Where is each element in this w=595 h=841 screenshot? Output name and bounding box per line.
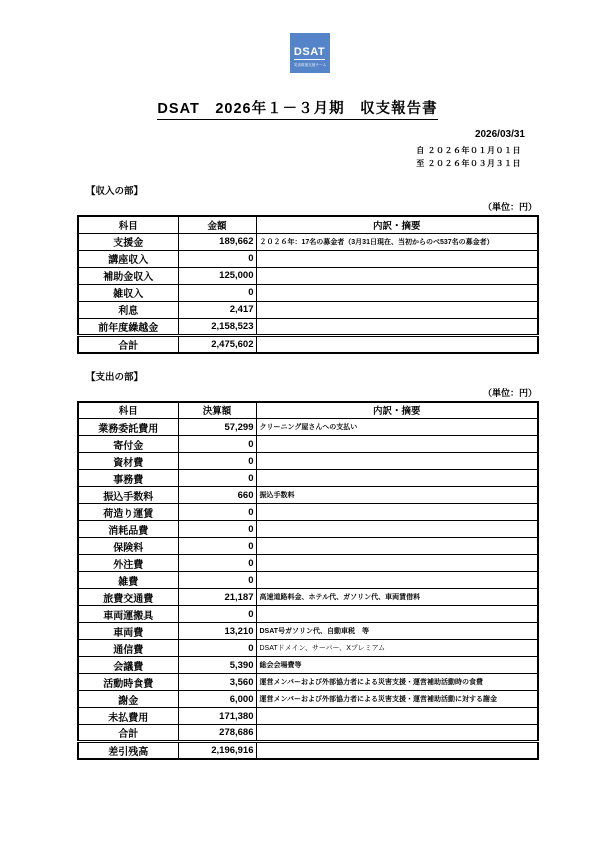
detail-cell (256, 250, 538, 267)
amount-cell: 0 (178, 572, 256, 589)
item-cell: 荷造り運賃 (78, 504, 178, 521)
detail-cell: DSAT号ガソリン代、自動車税 等 (256, 623, 538, 640)
table-row: 資材費0 (78, 453, 538, 470)
amount-cell: 0 (178, 284, 256, 301)
amount-cell: 3,560 (178, 674, 256, 691)
detail-cell: ２０２６年：17名の募金者（3月31日現在、当初からのべ537名の募金者） (256, 233, 538, 250)
table-row: 旅費交通費21,187高速道路料金、ホテル代、ガソリン代、車両賃借料 (78, 589, 538, 606)
income-section-label: 【収入の部】 (86, 183, 595, 197)
amount-cell: 125,000 (178, 267, 256, 284)
detail-cell: 振込手数料 (256, 487, 538, 504)
amount-cell: 2,158,523 (178, 318, 256, 335)
table-row: 未払費用171,380 (78, 708, 538, 725)
report-page: DSAT 災害救援支援チーム DSAT 2026年１－３月期 収支報告書 202… (0, 0, 595, 841)
table-row: 会議費5,390総会会場費等 (78, 657, 538, 674)
item-cell: 振込手数料 (78, 487, 178, 504)
item-cell: 外注費 (78, 555, 178, 572)
item-cell: 謝金 (78, 691, 178, 708)
table-row: 振込手数料660振込手数料 (78, 487, 538, 504)
amount-cell: 0 (178, 555, 256, 572)
amount-cell: 0 (178, 521, 256, 538)
table-row: 荷造り運賃0 (78, 504, 538, 521)
detail-cell (256, 606, 538, 623)
amount-cell: 0 (178, 606, 256, 623)
amount-cell: 5,390 (178, 657, 256, 674)
detail-cell (256, 555, 538, 572)
income-table: 科目金額内訳・摘要支援金189,662２０２６年：17名の募金者（3月31日現在… (77, 215, 539, 354)
detail-cell: 運営メンバーおよび外部協力者による災害支援・運営補助活動に対する謝金 (256, 691, 538, 708)
detail-cell (256, 572, 538, 589)
detail-cell: 高速道路料金、ホテル代、ガソリン代、車両賃借料 (256, 589, 538, 606)
item-cell: 通信費 (78, 640, 178, 657)
amount-cell: 2,417 (178, 301, 256, 318)
item-cell: 支援金 (78, 233, 178, 250)
item-cell: 利息 (78, 301, 178, 318)
logo-subtext: 災害救援支援チーム (292, 62, 328, 67)
period-to: 至 ２０２６年０３月３１日 (0, 157, 521, 170)
item-cell: 合計 (78, 335, 178, 353)
report-date: 2026/03/31 (0, 129, 525, 140)
detail-cell (256, 267, 538, 284)
table-row: 車両費13,210DSAT号ガソリン代、自動車税 等 (78, 623, 538, 640)
item-cell: 雑収入 (78, 284, 178, 301)
item-cell: 消耗品費 (78, 521, 178, 538)
table-row: 合計2,475,602 (78, 335, 538, 353)
detail-cell: DSATドメイン、サーバー、Xプレミアム (256, 640, 538, 657)
table-row: 活動時食費3,560運営メンバーおよび外部協力者による災害支援・運営補助活動時の… (78, 674, 538, 691)
table-row: 外注費0 (78, 555, 538, 572)
table-row: 講座収入0 (78, 250, 538, 267)
detail-cell: 総会会場費等 (256, 657, 538, 674)
expense-section-label: 【支出の部】 (86, 369, 595, 383)
detail-cell (256, 301, 538, 318)
expense-unit-label: （単位：円） (0, 386, 537, 399)
item-cell: 講座収入 (78, 250, 178, 267)
expense-table: 科目決算額内訳・摘要業務委託費用57,299クリーニング屋さんへの支払い寄付金0… (77, 401, 539, 761)
table-row: 差引残高2,196,916 (78, 742, 538, 760)
amount-cell: 2,475,602 (178, 335, 256, 353)
amount-cell: 0 (178, 470, 256, 487)
table-row: 補助金収入125,000 (78, 267, 538, 284)
item-cell: 前年度繰越金 (78, 318, 178, 335)
amount-cell: 0 (178, 453, 256, 470)
amount-cell: 2,196,916 (178, 742, 256, 760)
table-row: 雑費0 (78, 572, 538, 589)
detail-cell (256, 742, 538, 760)
table-header-cell: 内訳・摘要 (256, 216, 538, 233)
table-header-cell: 金額 (178, 216, 256, 233)
table-header-cell: 科目 (78, 402, 178, 419)
item-cell: 合計 (78, 725, 178, 742)
amount-cell: 189,662 (178, 233, 256, 250)
period-from: 自 ２０２６年０１月０１日 (0, 144, 521, 157)
amount-cell: 0 (178, 436, 256, 453)
table-row: 業務委託費用57,299クリーニング屋さんへの支払い (78, 419, 538, 436)
amount-cell: 0 (178, 640, 256, 657)
table-row: 事務費0 (78, 470, 538, 487)
table-header-cell: 決算額 (178, 402, 256, 419)
amount-cell: 0 (178, 538, 256, 555)
table-row: 保険料0 (78, 538, 538, 555)
detail-cell (256, 538, 538, 555)
table-header-cell: 内訳・摘要 (256, 402, 538, 419)
item-cell: 車両運搬具 (78, 606, 178, 623)
item-cell: 車両費 (78, 623, 178, 640)
logo-area: DSAT 災害救援支援チーム (0, 0, 595, 73)
dsat-logo: DSAT 災害救援支援チーム (290, 33, 330, 73)
amount-cell: 0 (178, 250, 256, 267)
amount-cell: 13,210 (178, 623, 256, 640)
item-cell: 会議費 (78, 657, 178, 674)
income-unit-label: （単位：円） (0, 200, 537, 213)
amount-cell: 171,380 (178, 708, 256, 725)
table-row: 消耗品費0 (78, 521, 538, 538)
item-cell: 雑費 (78, 572, 178, 589)
table-header-row: 科目決算額内訳・摘要 (78, 402, 538, 419)
table-row: 寄付金0 (78, 436, 538, 453)
table-row: 謝金6,000運営メンバーおよび外部協力者による災害支援・運営補助活動に対する謝… (78, 691, 538, 708)
item-cell: 活動時食費 (78, 674, 178, 691)
table-header-cell: 科目 (78, 216, 178, 233)
item-cell: 未払費用 (78, 708, 178, 725)
detail-cell (256, 708, 538, 725)
table-row: 合計278,686 (78, 725, 538, 742)
amount-cell: 6,000 (178, 691, 256, 708)
detail-cell: クリーニング屋さんへの支払い (256, 419, 538, 436)
detail-cell (256, 470, 538, 487)
table-row: 通信費0DSATドメイン、サーバー、Xプレミアム (78, 640, 538, 657)
table-row: 雑収入0 (78, 284, 538, 301)
detail-cell (256, 335, 538, 353)
amount-cell: 0 (178, 504, 256, 521)
logo-text: DSAT (294, 47, 325, 60)
table-header-row: 科目金額内訳・摘要 (78, 216, 538, 233)
page-title: DSAT 2026年１－３月期 収支報告書 (157, 97, 437, 120)
table-row: 利息2,417 (78, 301, 538, 318)
detail-cell: 運営メンバーおよび外部協力者による災害支援・運営補助活動時の食費 (256, 674, 538, 691)
item-cell: 業務委託費用 (78, 419, 178, 436)
amount-cell: 21,187 (178, 589, 256, 606)
item-cell: 事務費 (78, 470, 178, 487)
detail-cell (256, 453, 538, 470)
detail-cell (256, 318, 538, 335)
item-cell: 寄付金 (78, 436, 178, 453)
detail-cell (256, 504, 538, 521)
detail-cell (256, 521, 538, 538)
amount-cell: 57,299 (178, 419, 256, 436)
amount-cell: 660 (178, 487, 256, 504)
table-row: 支援金189,662２０２６年：17名の募金者（3月31日現在、当初からのべ53… (78, 233, 538, 250)
detail-cell (256, 436, 538, 453)
item-cell: 旅費交通費 (78, 589, 178, 606)
table-row: 車両運搬具0 (78, 606, 538, 623)
item-cell: 保険料 (78, 538, 178, 555)
table-row: 前年度繰越金2,158,523 (78, 318, 538, 335)
item-cell: 資材費 (78, 453, 178, 470)
item-cell: 補助金収入 (78, 267, 178, 284)
period-block: 自 ２０２６年０１月０１日 至 ２０２６年０３月３１日 (0, 144, 521, 170)
detail-cell (256, 725, 538, 742)
item-cell: 差引残高 (78, 742, 178, 760)
amount-cell: 278,686 (178, 725, 256, 742)
detail-cell (256, 284, 538, 301)
